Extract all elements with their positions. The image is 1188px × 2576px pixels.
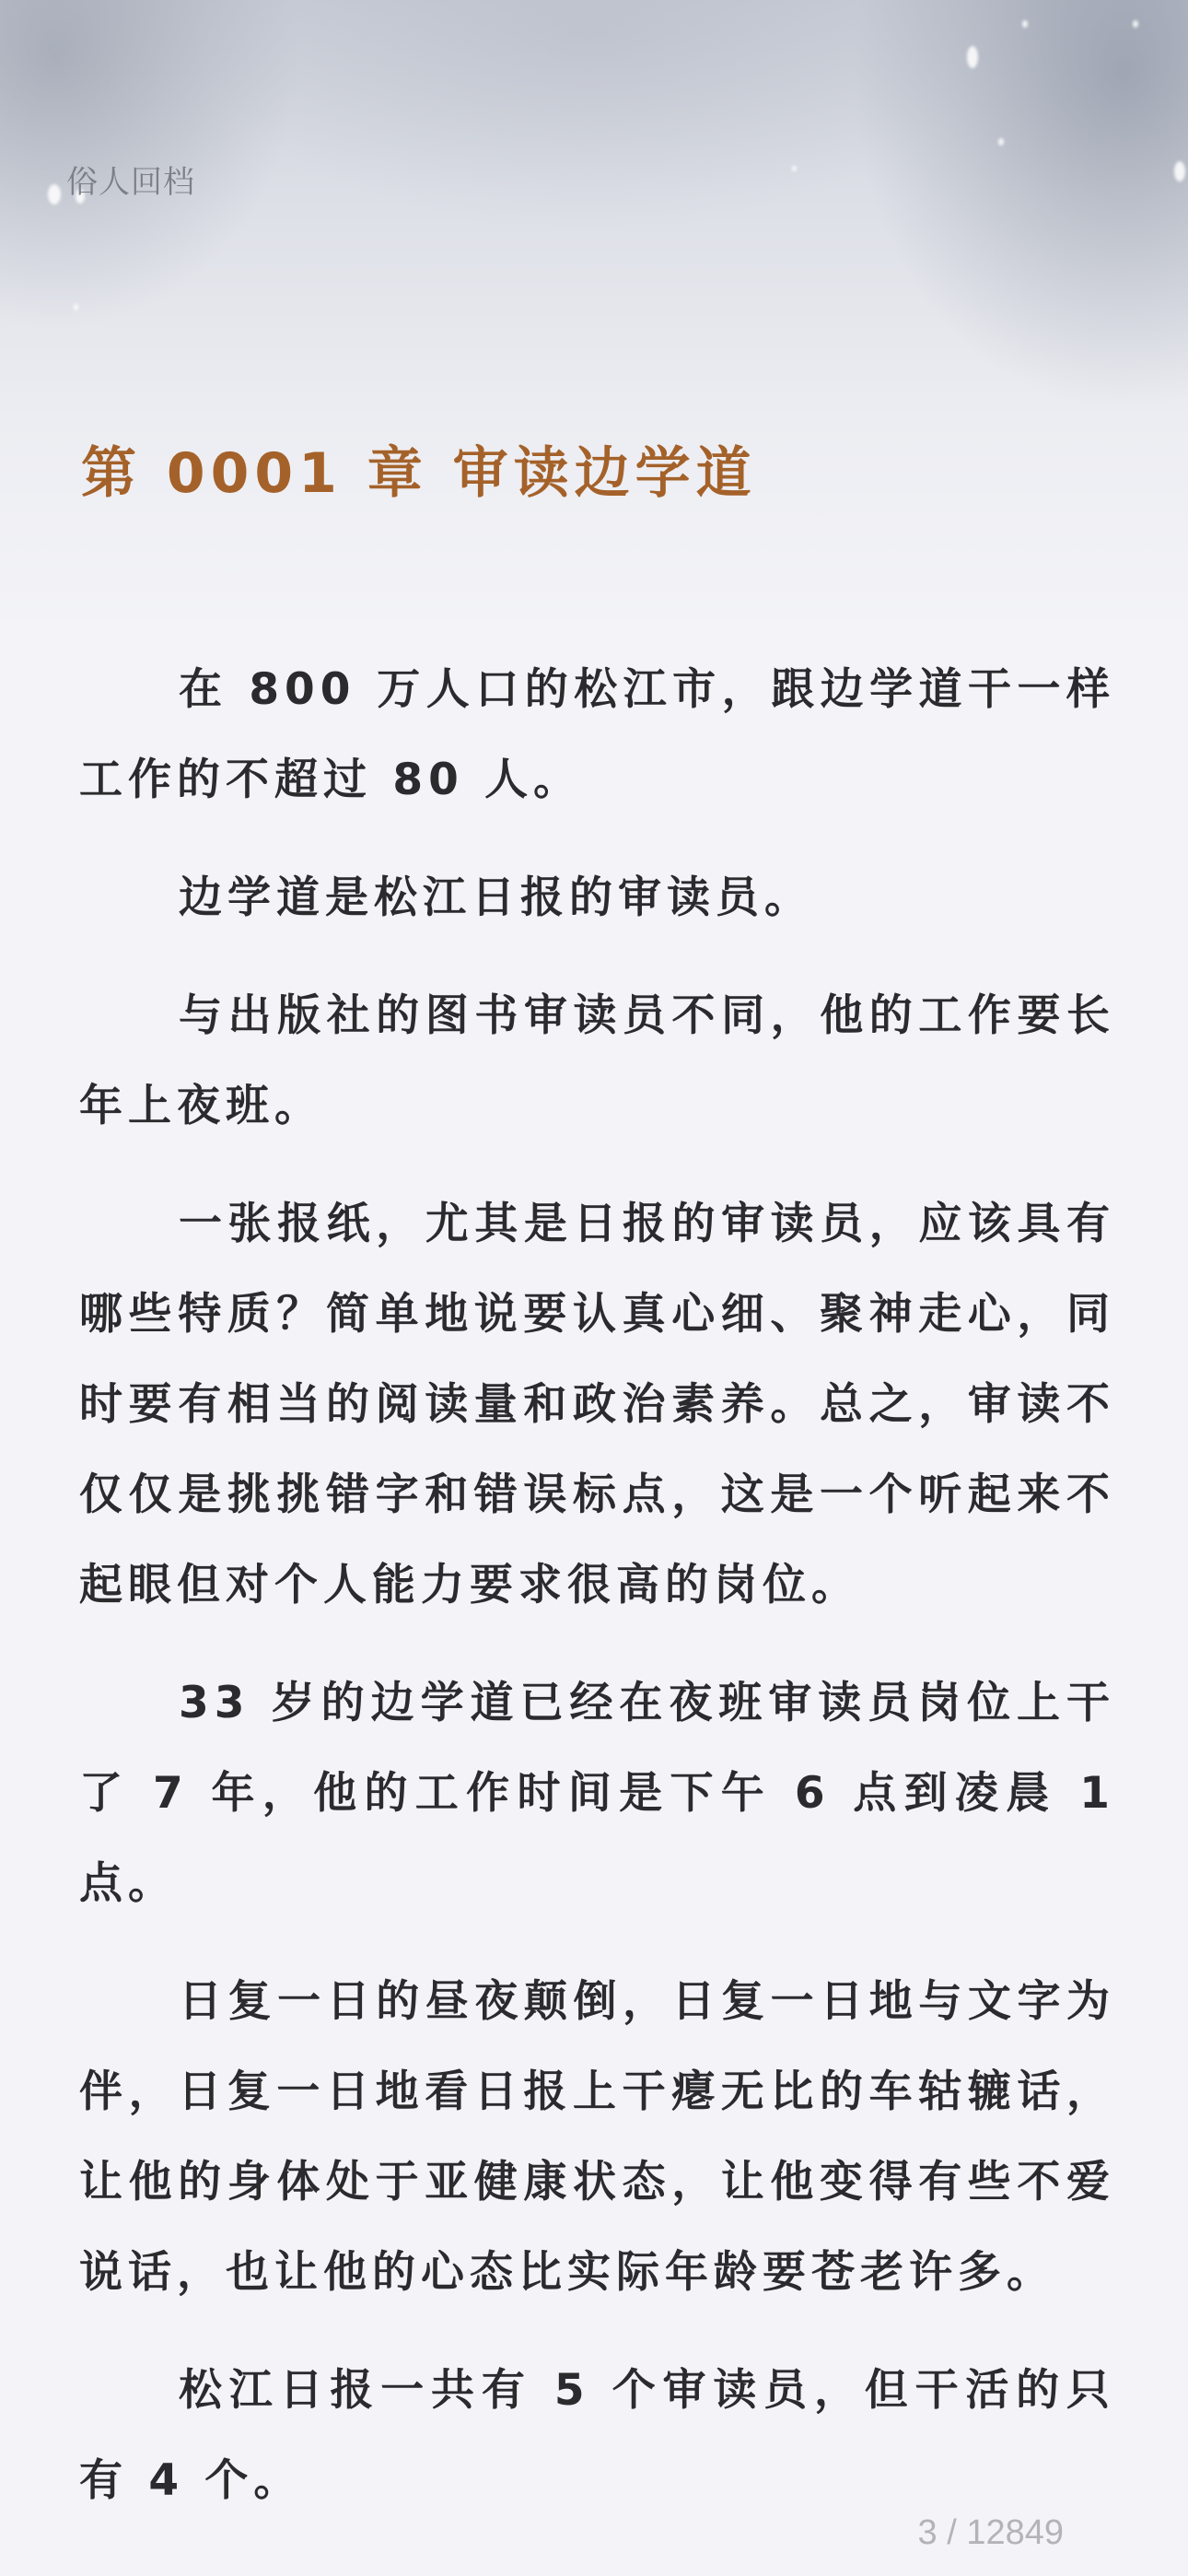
snow-background — [0, 0, 1188, 645]
chapter-content: 在 800 万人口的松江市，跟边学道干一样工作的不超过 80 人。 边学道是松江… — [79, 645, 1115, 2554]
paragraph: 在 800 万人口的松江市，跟边学道干一样工作的不超过 80 人。 — [79, 645, 1115, 825]
snowflake-decoration — [792, 166, 797, 171]
snowflake-decoration — [48, 184, 61, 205]
snowflake-decoration — [74, 304, 78, 310]
chapter-title: 第 0001 章 审读边学道 — [81, 429, 757, 509]
paragraph: 日复一日的昼夜颠倒，日复一日地与文字为伴，日复一日地看日报上干瘪无比的车轱辘话，… — [79, 1957, 1115, 2318]
snowflake-decoration — [1133, 20, 1138, 28]
paragraph: 33 岁的边学道已经在夜班审读员岗位上干了 7 年，他的工作时间是下午 6 点到… — [79, 1658, 1115, 1929]
page-indicator: 3 / 12849 — [918, 2513, 1064, 2553]
book-name: 俗人回档 — [66, 157, 195, 202]
snowflake-decoration — [1022, 20, 1028, 28]
snowflake-decoration — [998, 138, 1004, 146]
snowflake-decoration — [1174, 161, 1185, 181]
paragraph: 与出版社的图书审读员不同，他的工作要长年上夜班。 — [79, 971, 1115, 1152]
paragraph: 边学道是松江日报的审读员。 — [79, 853, 1115, 943]
snowflake-decoration — [967, 46, 978, 68]
paragraph: 一张报纸，尤其是日报的审读员，应该具有哪些特质？简单地说要认真心细、聚神走心，同… — [79, 1179, 1115, 1631]
paragraph: 松江日报一共有 5 个审读员，但干活的只有 4 个。 — [79, 2346, 1115, 2526]
